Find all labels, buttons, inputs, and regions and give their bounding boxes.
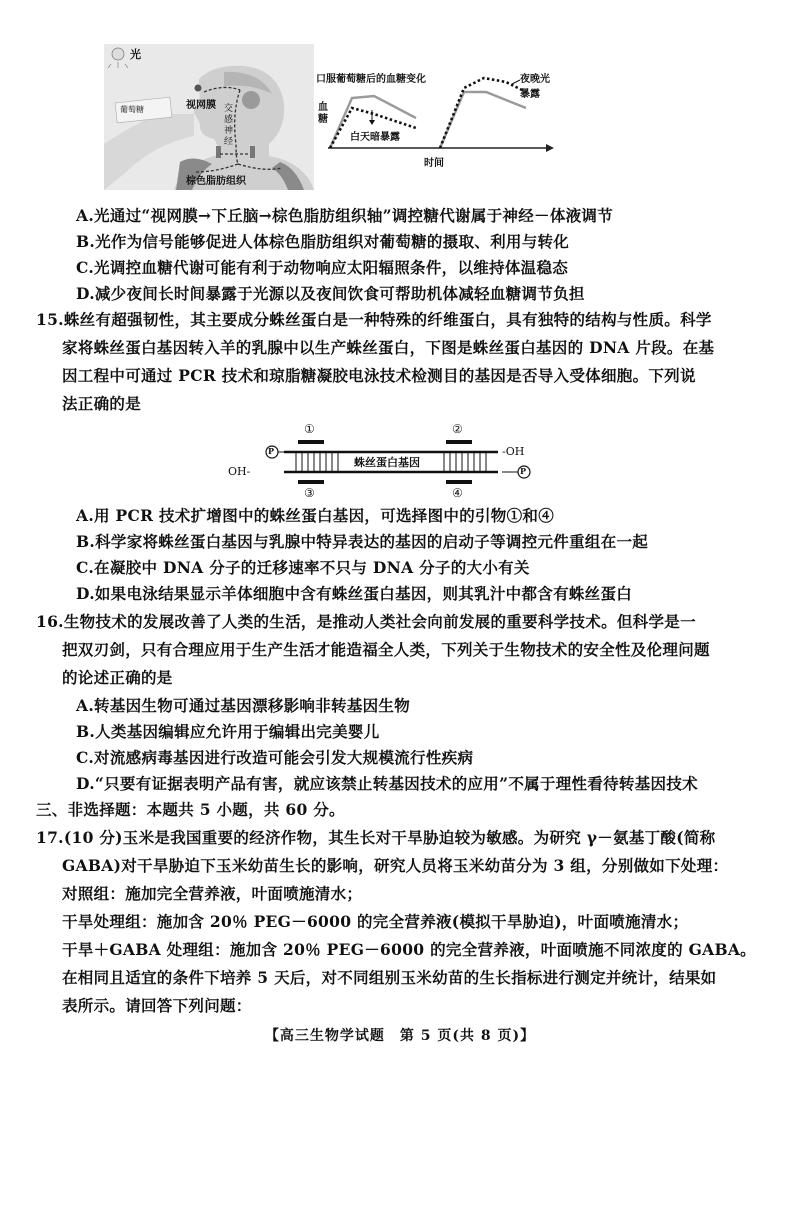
nerve-label: 交感神经 — [224, 104, 234, 148]
q15-option-c: C.在凝胶中 DNA 分子的迁移速率不只与 DNA 分子的大小有关 — [76, 558, 530, 578]
blood-glucose-chart: 口服葡萄糖后的血糖变化 血糖 白天暗暴露 夜晚光暴露 时间 — [316, 58, 556, 178]
annotation-day-dark: 白天暗暴露 — [350, 128, 400, 143]
q17-stem-line-6: 在相同且适宜的条件下培养 5 天后，对不同组别玉米幼苗的生长指标进行测定并统计，… — [62, 968, 716, 988]
q16-option-d: D.“只要有证据表明产品有害，就应该禁止转基因技术的应用”不属于理性看待转基因技… — [76, 774, 698, 794]
q17-control-group: 对照组：施加完全营养液，叶面喷施清水； — [62, 884, 362, 904]
q16-option-a: A.转基因生物可通过基因漂移影响非转基因生物 — [76, 696, 410, 716]
q16-stem-line-2: 把双刃剑，只有合理应用于生产生活才能造福全人类，下列关于生物技术的安全性及伦理问… — [62, 640, 710, 660]
primer-4-label: ④ — [452, 486, 463, 500]
q16-option-b: B.人类基因编辑应允许用于编辑出完美婴儿 — [76, 722, 380, 742]
q15-option-d: D.如果电泳结果显示羊体细胞中含有蛛丝蛋白基因，则其乳汁中都含有蛛丝蛋白 — [76, 584, 632, 604]
q16-stem-line-1: 16.生物技术的发展改善了人类的生活，是推动人类社会向前发展的重要科学技术。但科… — [36, 612, 696, 632]
q15-option-a: A.用 PCR 技术扩增图中的蛛丝蛋白基因，可选择图中的引物①和④ — [76, 506, 554, 526]
light-label: 光 — [130, 46, 141, 62]
annotation-night-light: 夜晚光暴露 — [520, 70, 556, 100]
q17-drought-group: 干旱处理组：施加含 20％ PEG－6000 的完全营养液(模拟干旱胁迫)，叶面… — [62, 912, 688, 932]
q17-drought-gaba-group: 干旱＋GABA 处理组：施加含 20％ PEG－6000 的完全营养液，叶面喷施… — [62, 940, 756, 960]
q14-option-c: C.光调控血糖代谢可能有利于动物响应太阳辐照条件，以维持体温稳态 — [76, 258, 568, 278]
dna-fragment-diagram: 蛛丝蛋白基因 ① ② ③ ④ P P -OH OH- — [248, 420, 548, 502]
q16-option-c: C.对流感病毒基因进行改造可能会引发大规模流行性疾病 — [76, 748, 473, 768]
q16-stem-line-3: 的论述正确的是 — [62, 668, 173, 688]
q14-option-d: D.减少夜间长时间暴露于光源以及夜间饮食可帮助机体减轻血糖调节负担 — [76, 284, 585, 304]
primer-3-bar — [298, 480, 324, 484]
human-head-illustration — [104, 44, 314, 190]
lightbulb-icon — [112, 48, 124, 60]
section-3-heading: 三、非选择题：本题共 5 小题，共 60 分。 — [36, 800, 345, 820]
primer-4-bar — [446, 480, 472, 484]
primer-2-bar — [446, 440, 472, 444]
brown-fat-label: 棕色脂肪组织 — [186, 172, 246, 187]
page-footer: 【高三生物学试题 第 5 页(共 8 页)】 — [0, 1025, 800, 1045]
q17-stem-line-7: 表所示。请回答下列问题： — [62, 996, 252, 1016]
cup-label: 葡萄糖 — [120, 104, 144, 115]
q15-stem-line-4: 法正确的是 — [62, 394, 141, 414]
q17-stem-line-2: GABA)对干旱胁迫下玉米幼苗生长的影响，研究人员将玉米幼苗分为 3 组，分别做… — [62, 856, 728, 876]
q15-stem-line-1: 15.蛛丝有超强韧性，其主要成分蛛丝蛋白是一种特殊的纤维蛋白，具有独特的结构与性… — [36, 310, 712, 330]
light-glucose-illustration: 光 葡萄糖 视网膜 交感神经 棕色脂肪组织 — [104, 44, 314, 190]
q15-stem-line-2: 家将蛛丝蛋白基因转入羊的乳腺中以生产蛛丝蛋白，下图是蛛丝蛋白基因的 DNA 片段… — [62, 338, 714, 358]
gene-label: 蛛丝蛋白基因 — [350, 454, 424, 470]
q14-option-a: A.光通过“视网膜→下丘脑→棕色脂肪组织轴”调控糖代谢属于神经－体液调节 — [76, 206, 613, 226]
retina-label: 视网膜 — [186, 96, 216, 111]
hydroxyl-right-label: -OH — [502, 445, 524, 458]
x-axis-label: 时间 — [424, 154, 444, 169]
phosphate-left-label: P — [268, 446, 274, 456]
q15-option-b: B.科学家将蛛丝蛋白基因与乳腺中特异表达的基因的启动子等调控元件重组在一起 — [76, 532, 648, 552]
q17-stem-line-1: 17.(10 分)玉米是我国重要的经济作物，其生长对干旱胁迫较为敏感。为研究 γ… — [36, 828, 715, 848]
primer-1-label: ① — [304, 422, 315, 436]
primer-1-bar — [298, 440, 324, 444]
phosphate-right-label: P — [520, 466, 526, 476]
q15-stem-line-3: 因工程中可通过 PCR 技术和琼脂糖凝胶电泳技术检测目的基因是否导入受体细胞。下… — [62, 366, 696, 386]
primer-2-label: ② — [452, 422, 463, 436]
primer-3-label: ③ — [304, 486, 315, 500]
hydroxyl-left-label: OH- — [228, 465, 250, 478]
q14-option-b: B.光作为信号能够促进人体棕色脂肪组织对葡萄糖的摄取、利用与转化 — [76, 232, 569, 252]
